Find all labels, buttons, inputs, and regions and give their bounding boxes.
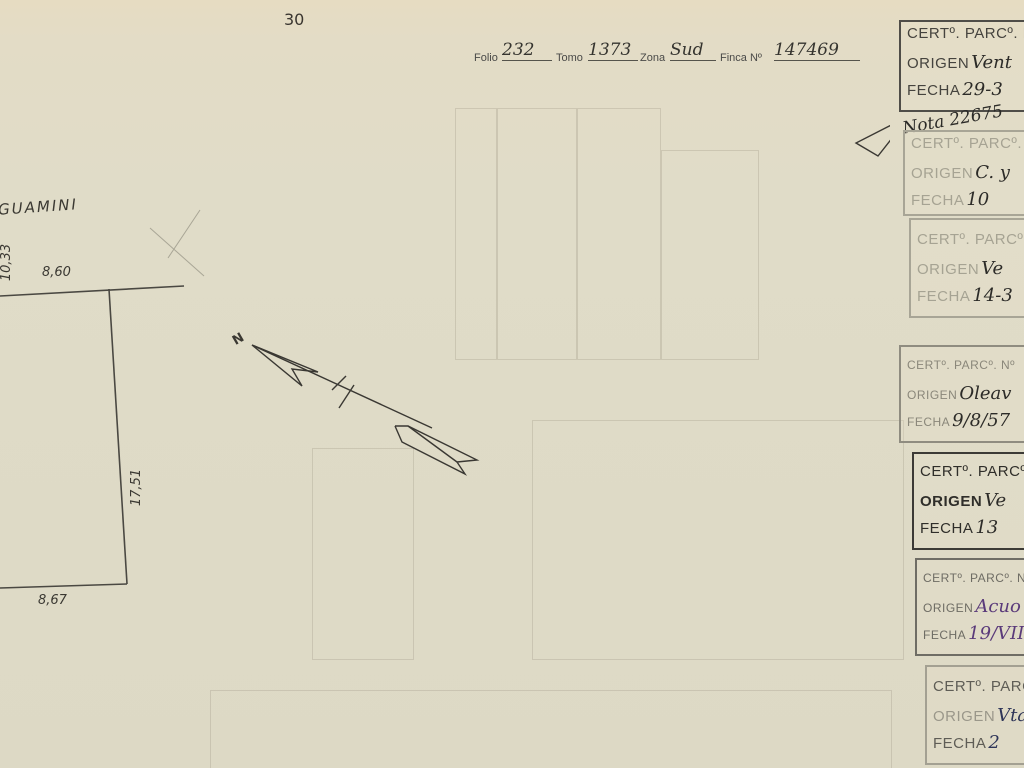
stamp-title: CERTº. PARCº.	[920, 463, 1024, 480]
stamp-title: CERTº. PARCº. Nº	[907, 25, 1024, 42]
stamp-origen-label: ORIGEN	[907, 388, 957, 402]
stamp-origen-label: ORIGEN	[911, 165, 973, 182]
stamp-origen-label: ORIGEN	[920, 493, 982, 510]
stamp-fecha-label: FECHA	[907, 82, 960, 99]
stamp-origen-value: Vta	[997, 705, 1024, 726]
stamp-fecha-label: FECHA	[933, 735, 986, 752]
stamp-fecha-label: FECHA	[911, 192, 964, 209]
stamp-fecha-value: 2	[988, 732, 999, 753]
left-dimension-label: 10,33	[0, 244, 14, 281]
stamp-fecha-value: 10	[966, 189, 989, 210]
stamp-title: CERTº. PARCº.	[933, 678, 1024, 695]
certificate-stamp: CERTº. PARCº. Nº ORIGENVe FECHA14-3	[909, 218, 1024, 318]
stamp-origen-value: C. y	[975, 162, 1010, 183]
parcel-outline	[0, 286, 184, 588]
stamp-title: CERTº. PARCº. Nº	[917, 231, 1024, 248]
stamp-fecha-label: FECHA	[920, 520, 973, 537]
stamp-origen-value: Oleav	[959, 383, 1011, 404]
stamp-origen-label: ORIGEN	[923, 601, 973, 615]
stamp-fecha-value: 14-3	[972, 285, 1012, 306]
certificate-stamp: CERTº. PARCº. Nº ORIGENC. y FECHA10	[903, 130, 1024, 216]
stamp-title: CERTº. PARCº. Nº	[923, 571, 1024, 585]
stamp-fecha-label: FECHA	[923, 628, 966, 642]
stamp-fecha-label: FECHA	[917, 288, 970, 305]
stamp-fecha-value: 13	[975, 517, 998, 538]
stamp-fecha-value: 19/VIII	[968, 623, 1024, 644]
certificate-stamp: CERTº. PARCº. ORIGENVe FECHA13	[912, 452, 1024, 550]
bottom-dimension-label: 8,67	[38, 593, 67, 608]
stamp-fecha-value: 9/8/57	[952, 410, 1010, 431]
stamp-origen-value: Acuo	[975, 596, 1021, 617]
stamp-origen-label: ORIGEN	[933, 708, 995, 725]
pencil-cross-mark	[150, 210, 204, 276]
stamp-origen-value: Vent	[971, 52, 1012, 73]
certificate-stamp: CERTº. PARCº. Nº ORIGENOleav FECHA9/8/57	[899, 345, 1024, 443]
note-hook-mark	[856, 118, 890, 156]
certificate-stamp: CERTº. PARCº. ORIGENVta FECHA2	[925, 665, 1024, 765]
certificate-stamp: CERTº. PARCº. Nº ORIGENAcuo FECHA19/VIII	[915, 558, 1024, 656]
stamp-title: CERTº. PARCº. Nº	[911, 135, 1024, 152]
stamp-origen-value: Ve	[984, 490, 1006, 511]
stamp-fecha-label: FECHA	[907, 415, 950, 429]
stamp-origen-label: ORIGEN	[907, 55, 969, 72]
north-arrow-icon	[252, 345, 477, 474]
right-dimension-label: 17,51	[129, 469, 144, 506]
stamp-title: CERTº. PARCº. Nº	[907, 358, 1015, 372]
parcel-plan	[0, 0, 890, 768]
stamp-fecha-value: 29-3	[962, 79, 1002, 100]
stamp-origen-label: ORIGEN	[917, 261, 979, 278]
certificate-stamp: CERTº. PARCº. Nº ORIGENVent FECHA29-3	[899, 20, 1024, 112]
stamp-origen-value: Ve	[981, 258, 1003, 279]
top-dimension-label: 8,60	[42, 265, 71, 280]
